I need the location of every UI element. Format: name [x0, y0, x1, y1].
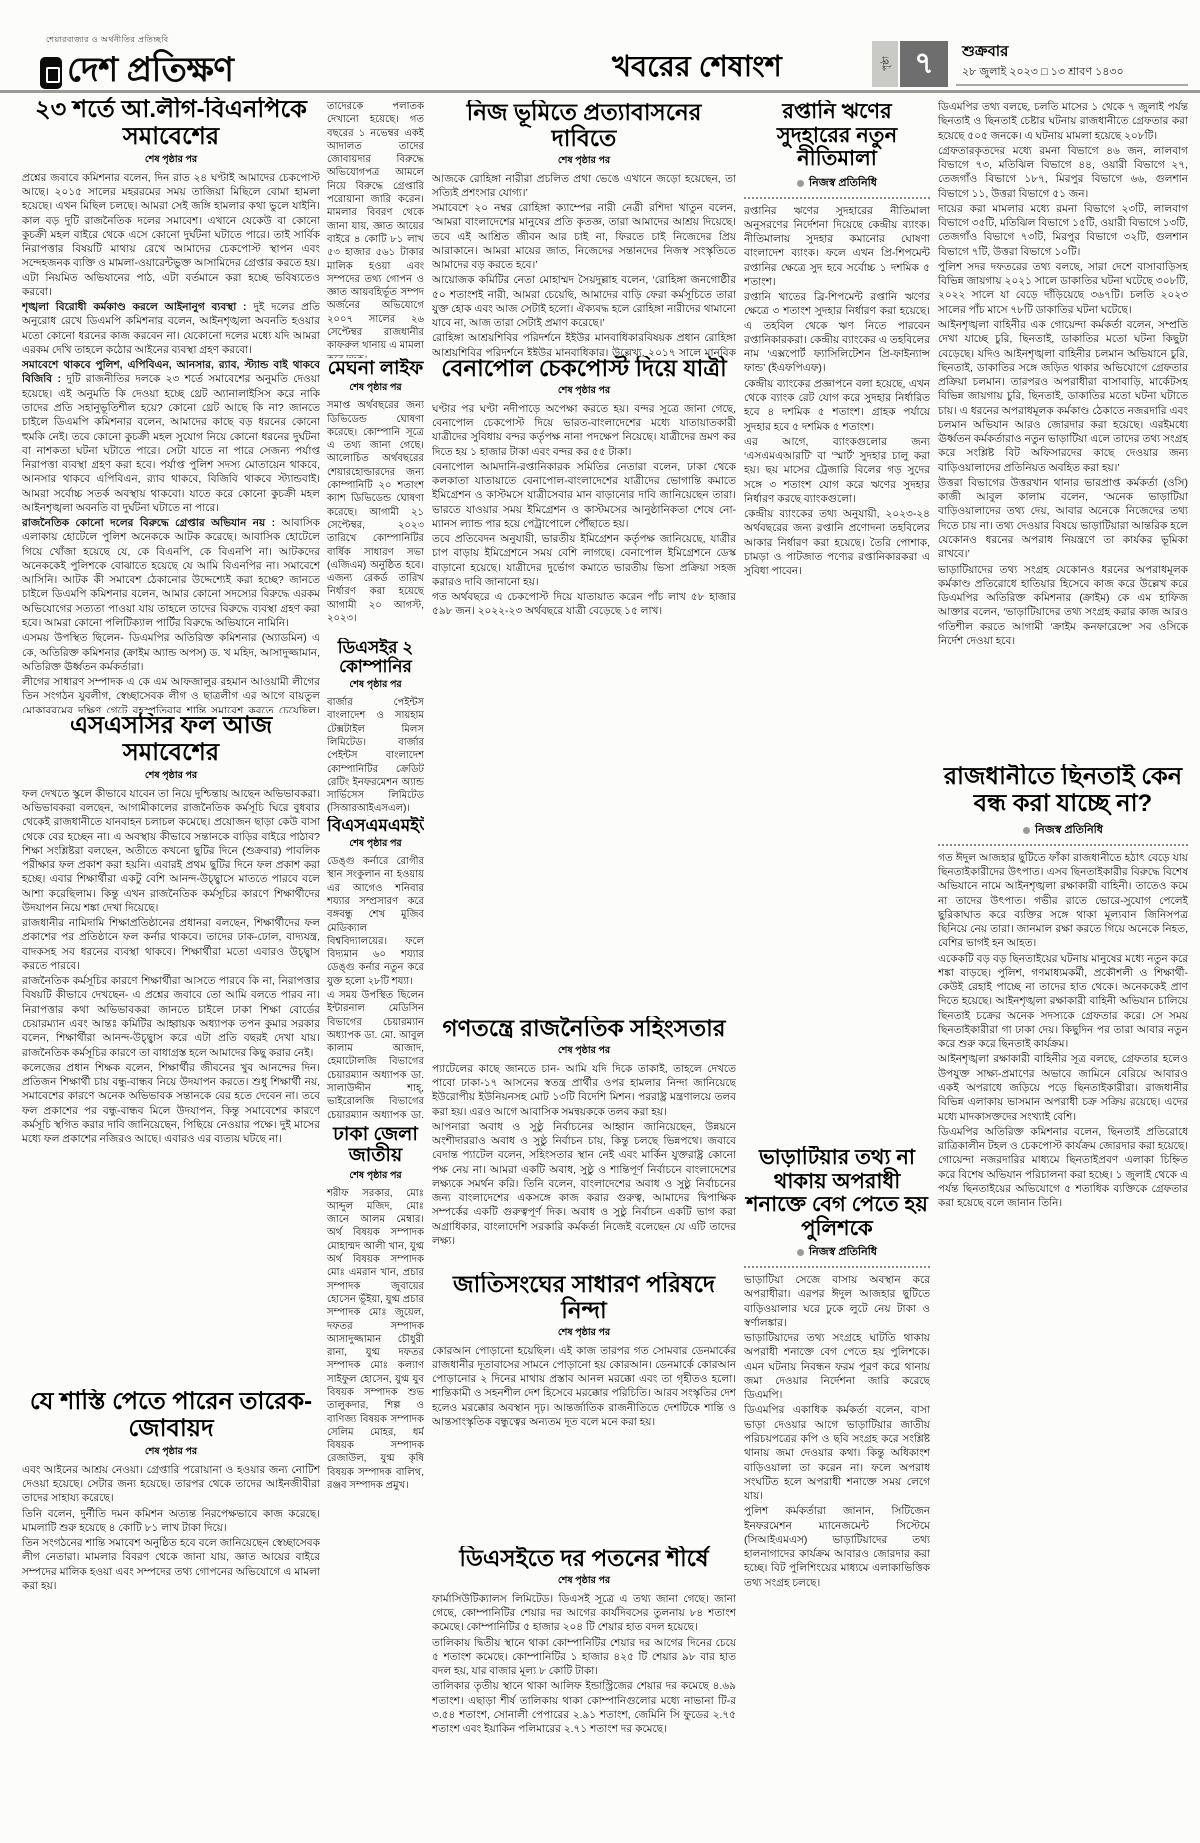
article-dse-top-losers: ডিএসইতে দর পতনের শীর্ষে শেষ পৃষ্ঠার পর ফ… [432, 1546, 736, 1828]
body-paragraph: ভাড়াটিয়াদের তথ্য সংগ্রহে ঘাটতি থাকায় … [744, 1331, 930, 1402]
continued-from-last-page: শেষ পৃষ্ঠার পর [432, 154, 736, 169]
body-paragraph: কেন্দ্রীয় ব্যাংকের তথ্য অনুযায়ী, ২০২৩-… [744, 507, 930, 578]
newspaper-logo-icon [40, 57, 62, 89]
byline: নিজস্ব প্রতিনিধি [744, 174, 930, 193]
dotted-rule [744, 197, 930, 199]
body-paragraph: শরীফ সরকার, মোঃ আব্দুল মজিদ, মোঃ জানে আল… [327, 1187, 424, 1493]
weekday: শুক্রবার [962, 40, 1008, 65]
article-body: শরীফ সরকার, মোঃ আব্দুল মজিদ, মোঃ জানে আল… [327, 1187, 424, 1493]
article-body: কোরআন পোড়ানো হয়েছিল। এই কাজ তারপর গত স… [432, 1344, 736, 1430]
body-paragraph: রপ্তানি খাতের ব্রি-শিপমেন্ট রপ্তানি ঋণের… [744, 290, 930, 376]
continued-from-last-page: শেষ পৃষ্ঠার পর [432, 1574, 736, 1589]
page-label-badge: পৃষ্ঠা [872, 41, 898, 87]
page-number-badge: ৭ [900, 41, 948, 87]
date-rule [956, 84, 1188, 86]
body-paragraph: প্রশ্নের জবাবে কমিশনার বলেন, দিন রাত ২৪ … [22, 171, 320, 299]
continued-from-last-page: শেষ পৃষ্ঠার পর [22, 1445, 320, 1460]
dotted-rule [938, 844, 1188, 846]
article-tarique-zubaida-punishment: যে শাস্তি পেতে পারেন তারেক-জোবায়দ শেষ প… [22, 1389, 320, 1828]
body-paragraph: ডিএমপির একাধিক কর্মকর্তা বলেন, বাসা ভাড়… [744, 1403, 930, 1503]
article-headline: ভাড়াটিয়ার তথ্য না থাকায় অপরাধী শনাক্ত… [744, 1146, 930, 1240]
body-paragraph: এবং আইনের আশ্রয় নেওয়া। গ্রেপ্তারি পরোয… [22, 1463, 320, 1506]
article-body: এবং আইনের আশ্রয় নেওয়া। গ্রেপ্তারি পরোয… [22, 1463, 320, 1593]
body-paragraph: ঘণ্টার পর ঘণ্টা নদীপাড়ে অপেক্ষা করতে হয… [432, 402, 736, 459]
body-paragraph: তিন সংগঠনের শান্তি সমাবেশ অনুষ্ঠিত হবে ব… [22, 1536, 320, 1593]
continued-from-last-page: শেষ পৃষ্ঠার পর [327, 381, 424, 396]
body-paragraph: দায়ের করা মামলার মধ্যে রমনা বিভাগে ২৩টি… [938, 202, 1188, 259]
body-paragraph: তবে প্রতিবেদন অনুযায়ী, ভারতীয় ইমিগ্রেশ… [432, 532, 736, 589]
continued-from-last-page: শেষ পৃষ্ঠার পর [327, 837, 424, 852]
continuation-dmp-snatching-statistics: ডিএমপির তথ্য বলছে, চলতি মাসের ১ থেকে ৭ জ… [938, 100, 1188, 764]
article-benapole-checkpost-passengers: বেনাপোল চেকপোস্ট দিয়ে যাত্রী শেষ পৃষ্ঠা… [432, 356, 736, 1016]
article-body: গত ঈদুল আজহার ছুটিতে ফাঁকা রাজধানীতে হঠা… [938, 851, 1188, 1211]
article-headline: বিএসএমএমইউতে [327, 816, 424, 835]
article-headline: মেঘনা লাইফ [327, 358, 424, 379]
article-tenant-info-police: ভাড়াটিয়ার তথ্য না থাকায় অপরাধী শনাক্ত… [744, 1146, 930, 1828]
article-body: ডেঙ্গু কর্নারে রোগীর স্থান সংকুলান না হও… [327, 855, 424, 1124]
body-paragraph: কলেজের প্রধান শিক্ষক বলেন, শিক্ষার্থীর জ… [22, 1061, 320, 1147]
article-headline: ডিএসইর ২ কোম্পানির [327, 638, 424, 676]
body-paragraph: এসময় উপস্থিত ছিলেন- ডিএমপির অতিরিক্ত কম… [22, 631, 320, 674]
byline-text: নিজস্ব প্রতিনিধি [1035, 821, 1103, 840]
article-headline: রাজধানীতে ছিনতাই কেন বন্ধ করা যাচ্ছে না? [938, 764, 1188, 818]
article-headline: নিজ ভূমিতে প্রত্যাবাসনের দাবিতে [432, 100, 736, 152]
article-body: ফল দেখতে স্কুলে কীভাবে যাবেন তা নিয়ে দু… [22, 787, 320, 1147]
body-paragraph: সমাপ্ত অর্থবছরের জন্য ডিভিডেন্ড ঘোষণা কর… [327, 399, 424, 625]
body-paragraph: গত ঈদুল আজহার ছুটিতে ফাঁকা রাজধানীতে হঠা… [938, 851, 1188, 951]
body-paragraph: বার্জার পেইন্টস বাংলাদেশ ও সায়হাম টেক্স… [327, 696, 424, 816]
body-paragraph: এ সময় উপস্থিত ছিলেন ইন্টারনাল মেডিসিন ব… [327, 989, 424, 1124]
article-al-bnp-rally-conditions: ২৩ শর্তে আ.লীগ-বিএনপিকে সমাবেশের শেষ পৃষ… [22, 97, 320, 713]
byline-bullet-icon [797, 1249, 804, 1256]
body-paragraph: আইনশৃঙ্খলা বাহিনীর এক গোয়েন্দা কর্মকর্ত… [938, 318, 1188, 475]
continued-from-last-page: শেষ পৃষ্ঠার পর [432, 1326, 736, 1341]
article-body: বার্জার পেইন্টস বাংলাদেশ ও সায়হাম টেক্স… [327, 696, 424, 816]
article-body: প্রশ্নের জবাবে কমিশনার বলেন, দিন রাত ২৪ … [22, 171, 320, 713]
body-paragraph: পুলিশ কর্মকর্তারা জানান, সিটিজেন ইনফরমেশ… [744, 1504, 930, 1590]
article-body: ফার্মাসিউটিক্যালস লিমিটেড। ডিএসই সূত্রে … [432, 1592, 736, 1737]
continuation-fugitive-case: তাদেরকে পলাতক দেখানো হয়েছে। গত বছরের ১ … [327, 100, 424, 358]
body-paragraph: তালিকায় দ্বিতীয় স্থানে থাকা কোম্পানিটি… [432, 1636, 736, 1679]
body-paragraph: একেকটি বড় বড় ছিনতাইয়ের ঘটনায় মানুষের… [938, 952, 1188, 1052]
article-political-violence-democracy: গণতন্ত্রে রাজনৈতিক সহিংসতার শেষ পৃষ্ঠার … [432, 1016, 736, 1272]
body-paragraph: ফার্মাসিউটিক্যালস লিমিটেড। ডিএসই সূত্রে … [432, 1592, 736, 1635]
continued-from-last-page: শেষ পৃষ্ঠার পর [22, 153, 320, 168]
byline: নিজস্ব প্রতিনিধি [938, 821, 1188, 840]
article-bsmmu-dengue-corner: বিএসএমএমইউতে শেষ পৃষ্ঠার পর ডেঙ্গু কর্না… [327, 816, 424, 1124]
section-title: খবরের শেষাংশ [612, 44, 782, 93]
body-paragraph: রাজধানীর নামিদামি শিক্ষাপ্রতিষ্ঠানের প্র… [22, 916, 320, 973]
body-paragraph: সমাবেশে ২০ নম্বর রোহিঙ্গা ক্যাম্পের নারী… [432, 201, 736, 272]
article-ssc-results-today: এসএসসির ফল আজ সমাবেশের শেষ পৃষ্ঠার পর ফল… [22, 713, 320, 1389]
article-un-general-assembly-condemnation: জাতিসংঘের সাধারণ পরিষদে নিন্দা শেষ পৃষ্ঠ… [432, 1272, 736, 1546]
body-paragraph: রপ্তানির ঋণের সুদহারের নীতিমালা অনুসরণের… [744, 204, 930, 290]
body-paragraph: কোরআন পোড়ানো হয়েছিল। এই কাজ তারপর গত স… [432, 1344, 736, 1430]
body-paragraph: আয়োজক কমিটির নেতা মোহাম্মদ সৈয়দুল্লাহ … [432, 273, 736, 330]
body-paragraph: ডিএমপির অতিরিক্ত কমিশনার বলেন, ছিনতাই প্… [938, 1125, 1188, 1211]
body-paragraph: শৃঙ্খলা বিরোধী কর্মকাণ্ড করলে আইনানুগ ব্… [22, 300, 320, 357]
body-paragraph: গত অর্থবছরে এ চেকপোস্ট দিয়ে যাতায়াত কর… [432, 590, 736, 619]
article-dhaka-district-committee: ঢাকা জেলা জাতীয় শেষ পৃষ্ঠার পর শরীফ সরক… [327, 1124, 424, 1828]
body-paragraph: রোহিঙ্গা আশ্রয়শিবির পরিদর্শনে ইইউর মানব… [432, 331, 736, 356]
article-headline: এসএসসির ফল আজ সমাবেশের [22, 713, 320, 767]
newspaper-page: শেয়ারবাজার ও অর্থনীতির প্রতিচ্ছবি দেশ প… [0, 0, 1200, 1843]
date-line: ২৮ জুলাই ২০২৩ □ ১৩ শ্রাবণ ১৪৩০ [962, 63, 1124, 82]
article-export-loan-interest-policy: রপ্তানি ঋণের সুদহারের নতুন নীতিমালা নিজস… [744, 100, 930, 1146]
article-headline: গণতন্ত্রে রাজনৈতিক সহিংসতার [432, 1016, 736, 1042]
article-body: রপ্তানির ঋণের সুদহারের নীতিমালা অনুসরণের… [744, 204, 930, 579]
article-body: ডিএমপির তথ্য বলছে, চলতি মাসের ১ থেকে ৭ জ… [938, 100, 1188, 648]
body-paragraph: আজকে রোহিঙ্গা নারীরা প্রচলিত প্রথা ভেঙে … [432, 172, 736, 201]
body-paragraph: বেনাপোল আমদানি-রপ্তানিকারক সমিতির নেতারা… [432, 460, 736, 531]
body-paragraph: উত্তরা বিভাগের উত্তরখান থানার ভারপ্রাপ্ত… [938, 476, 1188, 562]
article-body: প্যাটেলের কাছে জানতে চান- আমি যদি দিকে ত… [432, 1062, 736, 1248]
dotted-rule [744, 1266, 930, 1268]
article-headline: যে শাস্তি পেতে পারেন তারেক-জোবায়দ [22, 1389, 320, 1443]
body-paragraph: তালিকার তৃতীয় স্থানে থাকা আলিফ ইন্ডাস্ট… [432, 1679, 736, 1736]
article-body: ভাড়াটিয়া সেজে বাসায় অবস্থান করে অপরাধ… [744, 1273, 930, 1590]
continued-from-last-page: শেষ পৃষ্ঠার পর [327, 1169, 424, 1184]
article-meghna-life: মেঘনা লাইফ শেষ পৃষ্ঠার পর সমাপ্ত অর্থবছর… [327, 358, 424, 638]
body-paragraph: আইনশৃঙ্খলা রক্ষাকারী বাহিনীর সূত্র বলছে,… [938, 1052, 1188, 1123]
header-rule [0, 90, 1200, 93]
body-paragraph: গ্রেফতারকৃতদের মধ্যে রমনা বিভাগে ৪৬ জন, … [938, 144, 1188, 201]
body-paragraph: রাজনৈতিক কর্মসূচির কারণে শিক্ষার্থীরা আস… [22, 974, 320, 1060]
article-headline: বেনাপোল চেকপোস্ট দিয়ে যাত্রী [432, 356, 736, 382]
article-body: সমাপ্ত অর্থবছরের জন্য ডিভিডেন্ড ঘোষণা কর… [327, 399, 424, 625]
continued-from-last-page: শেষ পৃষ্ঠার পর [327, 678, 424, 693]
article-headline: ঢাকা জেলা জাতীয় [327, 1124, 424, 1167]
body-paragraph: পুলিশ সদর দফতরের তথ্য বলছে, সারা দেশে বা… [938, 260, 1188, 317]
byline-text: নিজস্ব প্রতিনিধি [809, 174, 877, 193]
body-paragraph: তাদেরকে পলাতক দেখানো হয়েছে। গত বছরের ১ … [327, 100, 424, 358]
article-body: তাদেরকে পলাতক দেখানো হয়েছে। গত বছরের ১ … [327, 100, 424, 358]
byline-text: নিজস্ব প্রতিনিধি [809, 1243, 877, 1262]
article-headline: ডিএসইতে দর পতনের শীর্ষে [432, 1546, 736, 1572]
article-headline: ২৩ শর্তে আ.লীগ-বিএনপিকে সমাবেশের [22, 97, 320, 151]
byline: নিজস্ব প্রতিনিধি [744, 1243, 930, 1262]
body-paragraph: ডেঙ্গু কর্নারে রোগীর স্থান সংকুলান না হও… [327, 855, 424, 988]
body-paragraph: ভাড়াটিয়াদের তথ্য সংগ্রহ যেকোনও ধরনের অ… [938, 563, 1188, 649]
body-paragraph: প্যাটেলের কাছে জানতে চান- আমি যদি দিকে ত… [432, 1062, 736, 1119]
article-body: ঘণ্টার পর ঘণ্টা নদীপাড়ে অপেক্ষা করতে হয… [432, 402, 736, 619]
body-paragraph: আপনারা অবাধ ও সুষ্ঠু নির্বাচনের আহ্বান জ… [432, 1120, 736, 1248]
body-paragraph: ফল দেখতে স্কুলে কীভাবে যাবেন তা নিয়ে দু… [22, 787, 320, 915]
article-body: আজকে রোহিঙ্গা নারীরা প্রচলিত প্রথা ভেঙে … [432, 172, 736, 357]
body-paragraph: তিনি বলেন, দুর্নীতি দমন কমিশন অত্যন্ত নি… [22, 1507, 320, 1536]
body-paragraph: সমাবেশে থাকবে পুলিশ, এপিবিএন, আনসার, র‍্… [22, 358, 320, 515]
body-paragraph: ডিএমপির তথ্য বলছে, চলতি মাসের ১ থেকে ৭ জ… [938, 100, 1188, 143]
article-headline: জাতিসংঘের সাধারণ পরিষদে নিন্দা [432, 1272, 736, 1324]
body-paragraph: এর আগে, ব্যাংকগুলোর জন্য ‘এসএমএআরটি’ বা … [744, 435, 930, 506]
article-dse-two-companies: ডিএসইর ২ কোম্পানির শেষ পৃষ্ঠার পর বার্জা… [327, 638, 424, 816]
body-paragraph: ভাড়াটিয়া সেজে বাসায় অবস্থান করে অপরাধ… [744, 1273, 930, 1330]
body-paragraph: রাজনৈতিক কোনো দলের বিরুদ্ধে গ্রেপ্তার অভ… [22, 516, 320, 630]
article-headline: রপ্তানি ঋণের সুদহারের নতুন নীতিমালা [744, 100, 930, 171]
body-paragraph: লীগের সাধারণ সম্পাদক এ কে এম আফজালুর রহম… [22, 675, 320, 713]
byline-bullet-icon [797, 180, 804, 187]
continued-from-last-page: শেষ পৃষ্ঠার পর [432, 1044, 736, 1059]
article-rohingya-repatriation-demand: নিজ ভূমিতে প্রত্যাবাসনের দাবিতে শেষ পৃষ্… [432, 100, 736, 356]
continued-from-last-page: শেষ পৃষ্ঠার পর [432, 384, 736, 399]
article-why-snatching-not-stopped: রাজধানীতে ছিনতাই কেন বন্ধ করা যাচ্ছে না?… [938, 764, 1188, 1828]
byline-bullet-icon [1023, 827, 1030, 834]
body-paragraph: কেন্দ্রীয় ব্যাংকের প্রজ্ঞাপনে বলা হয়েছ… [744, 377, 930, 434]
continued-from-last-page: শেষ পৃষ্ঠার পর [22, 769, 320, 784]
